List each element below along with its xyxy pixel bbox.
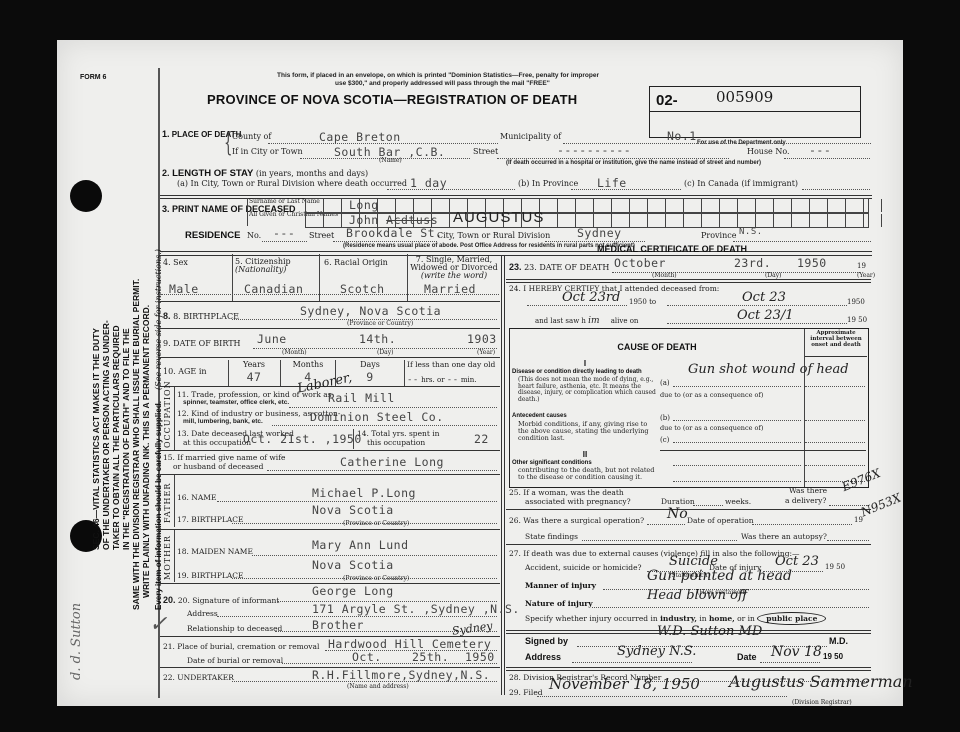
attended-to-value: Oct 23 (742, 290, 786, 305)
residence-province-value: N.S. (739, 227, 763, 237)
trade-value: Rail Mill (328, 391, 395, 405)
burial-month-value: Oct. (352, 650, 382, 664)
manner-of-injury-value: Gun pointed at head (647, 568, 792, 584)
medical-certificate-title: MEDICAL CERTIFICATE OF DEATH (597, 244, 747, 254)
margin-code-n953x: N953X (859, 491, 903, 520)
informant-relationship-value: Brother (312, 618, 364, 632)
spouse-name-value: Catherine Long (340, 455, 444, 469)
municipality-value: No.1 (667, 129, 697, 143)
punch-hole-top (70, 180, 102, 212)
signature-date-value: Nov 18 (771, 644, 822, 660)
last-worked-value: Oct. 21st. ,1950 (243, 432, 362, 446)
cause-of-death-box: CAUSE OF DEATH Approximate interval betw… (509, 328, 869, 488)
given-names-handwritten: AUGUSTUS (453, 209, 544, 226)
given-names-value: John Acdtuss (349, 213, 438, 227)
injury-date-value: Oct 23 (775, 554, 819, 569)
sex-value: Male (169, 282, 199, 296)
date-of-death-day: 23rd. (734, 256, 771, 270)
informant-address-value: 171 Argyle St. ,Sydney ,N.S. (312, 602, 520, 616)
surname-boxes (305, 198, 869, 213)
stay-province-value: Life (597, 176, 627, 190)
industry-value: Dominion Steel Co. (310, 410, 444, 424)
total-years-value: 22 (474, 432, 489, 446)
mother-name-value: Mary Ann Lund (312, 538, 409, 552)
burial-day-value: 25th. (412, 650, 449, 664)
citizenship-value: Canadian (244, 282, 303, 296)
cause-a-value: Gun shot wound of head (688, 362, 849, 377)
street-of-death-value: ---------- (557, 143, 631, 157)
registration-number: 005909 (716, 88, 773, 106)
date-of-death-month: October (614, 256, 666, 270)
length-of-stay-label: 2. LENGTH OF STAY (in years, months and … (162, 168, 368, 179)
date-of-death-year: 1950 (797, 256, 827, 270)
signed-by-value: W.D. Sutton MD (657, 624, 762, 639)
burial-place-value: Hardwood Hill Cemetery (328, 637, 491, 651)
undertaker-value: R.H.Fillmore,Sydney,N.S. (312, 668, 490, 682)
dob-day-value: 14th. (359, 332, 396, 346)
residence-city-value: Sydney (577, 226, 622, 240)
alive-on-value: Oct 23/1 (737, 308, 794, 323)
father-name-value: Michael P.Long (312, 486, 416, 500)
county-value: Cape Breton (319, 130, 401, 144)
residence-street-value: Brookdale St. (346, 226, 443, 240)
residence-number-value: --- (273, 226, 295, 240)
signer-address-value: Sydney N.S. (617, 644, 696, 659)
form-title: PROVINCE OF NOVA SCOTIA—REGISTRATION OF … (207, 92, 577, 107)
informant-signature-value: George Long (312, 584, 394, 598)
birthplace-value: Sydney, Nova Scotia (300, 304, 441, 318)
racial-origin-value: Scotch (340, 282, 385, 296)
nature-of-injury-value: Head blown off (647, 588, 747, 603)
marital-status-value: Married (424, 282, 476, 296)
father-birthplace-value: Nova Scotia (312, 503, 394, 517)
place-of-death-label: 1. PLACE OF DEATH (162, 130, 212, 139)
public-place-circled: public place (757, 612, 826, 625)
stay-city-value: 1 day (410, 176, 447, 190)
death-certificate-paper: FORM 6 SEC. 46—VITAL STATISTICS ACT MAKE… (57, 40, 903, 706)
mail-notice-line1: This form, if placed in an envelope, on … (277, 72, 599, 79)
registrar-signature: Augustus Sammerman (729, 672, 913, 691)
burial-place-handwritten: Sydney (451, 619, 493, 638)
age-years-value: 47 (229, 370, 279, 384)
dob-year-value: 1903 (467, 332, 497, 346)
dob-month-value: June (257, 332, 287, 346)
filed-date-value: November 18, 1950 (549, 675, 700, 693)
attended-from-value: Oct 23rd (562, 290, 620, 305)
side-notice: SEC. 46—VITAL STATISTICS ACT MAKES IT TH… (91, 249, 164, 610)
burial-year-value: 1950 (465, 650, 495, 664)
margin-handwritten-note: d. d. Sutton (69, 603, 84, 680)
mother-birthplace-value: Nova Scotia (312, 558, 394, 572)
surgical-operation-value: No (667, 506, 688, 522)
surname-value: Long (349, 198, 379, 212)
form-number: FORM 6 (80, 74, 106, 81)
house-number-value: --- (809, 143, 831, 157)
mail-notice-line2: use $300," and properly addressed will p… (335, 80, 550, 87)
registration-prefix: 02- (656, 92, 678, 109)
check-mark: ✓ (149, 612, 167, 637)
